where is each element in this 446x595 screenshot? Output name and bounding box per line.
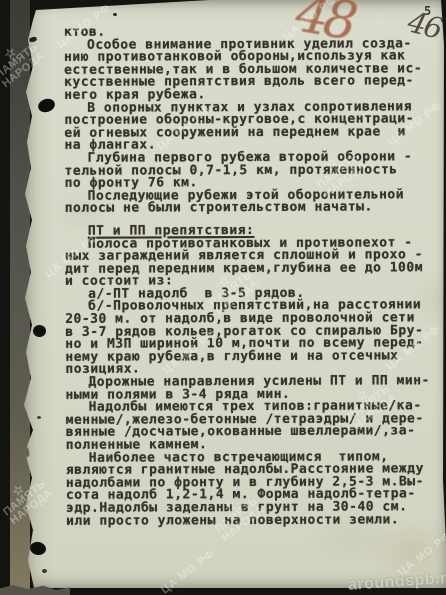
paper-hole [28,36,37,43]
page-number-handwritten-red: 48 [291,0,357,52]
paper-hole [29,541,47,557]
scanned-document-page: ктов.Особое внимание противник уделил со… [0,0,446,595]
paper-hole [33,325,46,337]
paragraph: Особое внимание противник уделил созда-н… [64,38,446,103]
paragraph: б/-Проволочных препятствий,на расстоянии… [65,300,446,377]
paragraph: Полоса противотанковых и противопехот -н… [65,237,446,289]
paragraph: Надолбы имеются трех типов:гранитные/ка-… [66,400,446,452]
paper-speck [113,13,117,16]
typewritten-text-block: ктов.Особое внимание противник уделил со… [64,25,446,528]
paragraph: В опорных пунктах и узлах сопротивленияп… [64,101,446,153]
document-line: или просто уложены на поверхности земли. [66,514,446,528]
document-line: полосы не были строительством начаты. [65,201,446,215]
paragraph: Последующие рубежи этой оборонительнойпо… [65,189,446,216]
paper-speck [42,569,47,573]
paper-speck [37,416,41,419]
paragraph: Глубина первого рубежа второй оборони -т… [64,151,446,190]
paper-sheet: ктов.Особое внимание противник уделил со… [20,0,446,588]
paragraph: Наиболее часто встречающимся типом,являю… [66,451,446,528]
paper-hole [36,97,56,115]
